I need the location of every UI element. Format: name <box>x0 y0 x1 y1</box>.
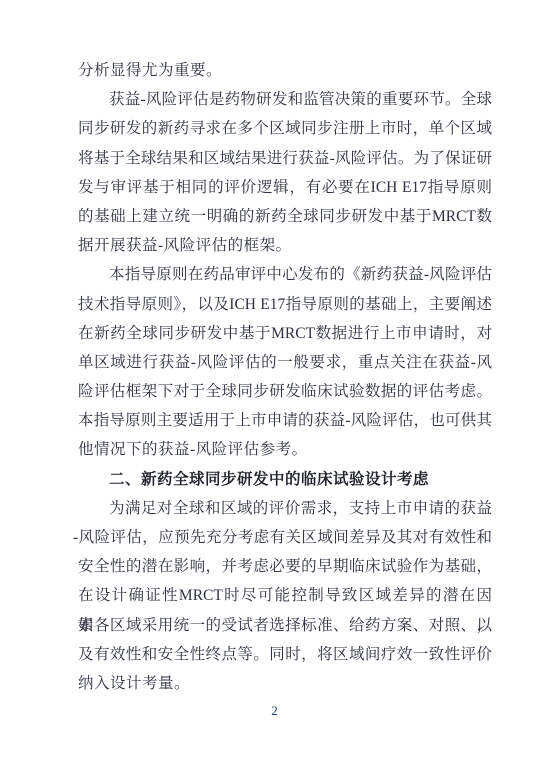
text-line: 据开展获益-风险评估的框架。 <box>78 231 492 260</box>
text-line: 技术指导原则》，以及ICH E17指导原则的基础上，主要阐述 <box>78 290 492 319</box>
text-line: 如各区域采用统一的受试者选择标准、给药方案、对照、以 <box>78 611 492 640</box>
page-number: 2 <box>0 703 549 719</box>
document-page: 分析显得尤为重要。获益-风险评估是药物研发和监管决策的重要环节。全球同步研发的新… <box>0 0 549 771</box>
section-heading: 二、新药全球同步研发中的临床试验设计考虑 <box>78 465 492 494</box>
text-line: 单区域进行获益-风险评估的一般要求，重点关注在获益-风 <box>78 348 492 377</box>
text-line: 为满足对全球和区域的评价需求，支持上市申请的获益 <box>78 494 492 523</box>
text-line: 安全性的潜在影响，并考虑必要的早期临床试验作为基础， <box>78 552 492 581</box>
text-line: 同步研发的新药寻求在多个区域同步注册上市时，单个区域 <box>78 114 492 143</box>
text-line: 他情况下的获益-风险评估参考。 <box>78 435 492 464</box>
text-block: 分析显得尤为重要。获益-风险评估是药物研发和监管决策的重要环节。全球同步研发的新… <box>78 56 492 698</box>
text-line: 本指导原则主要适用于上市申请的获益-风险评估，也可供其 <box>78 406 492 435</box>
text-line: 将基于全球结果和区域结果进行获益-风险评估。为了保证研 <box>78 144 492 173</box>
text-line: 险评估框架下对于全球同步研发临床试验数据的评估考虑。 <box>78 377 492 406</box>
text-line: 在新药全球同步研发中基于MRCT数据进行上市申请时，对 <box>78 319 492 348</box>
text-line: 本指导原则在药品审评中心发布的《新药获益-风险评估 <box>78 260 492 289</box>
text-line: 的基础上建立统一明确的新药全球同步研发中基于MRCT数 <box>78 202 492 231</box>
text-line: 及有效性和安全性终点等。同时，将区域间疗效一致性评价 <box>78 640 492 669</box>
text-line: 纳入设计考量。 <box>78 669 492 698</box>
text-line: 分析显得尤为重要。 <box>78 56 492 85</box>
text-line: 在设计确证性MRCT时尽可能控制导致区域差异的潜在因素， <box>78 581 492 610</box>
text-line: 发与审评基于相同的评价逻辑，有必要在ICH E17指导原则 <box>78 173 492 202</box>
text-line: 获益-风险评估是药物研发和监管决策的重要环节。全球 <box>78 85 492 114</box>
text-line: -风险评估，应预先充分考虑有关区域间差异及其对有效性和 <box>73 523 492 552</box>
